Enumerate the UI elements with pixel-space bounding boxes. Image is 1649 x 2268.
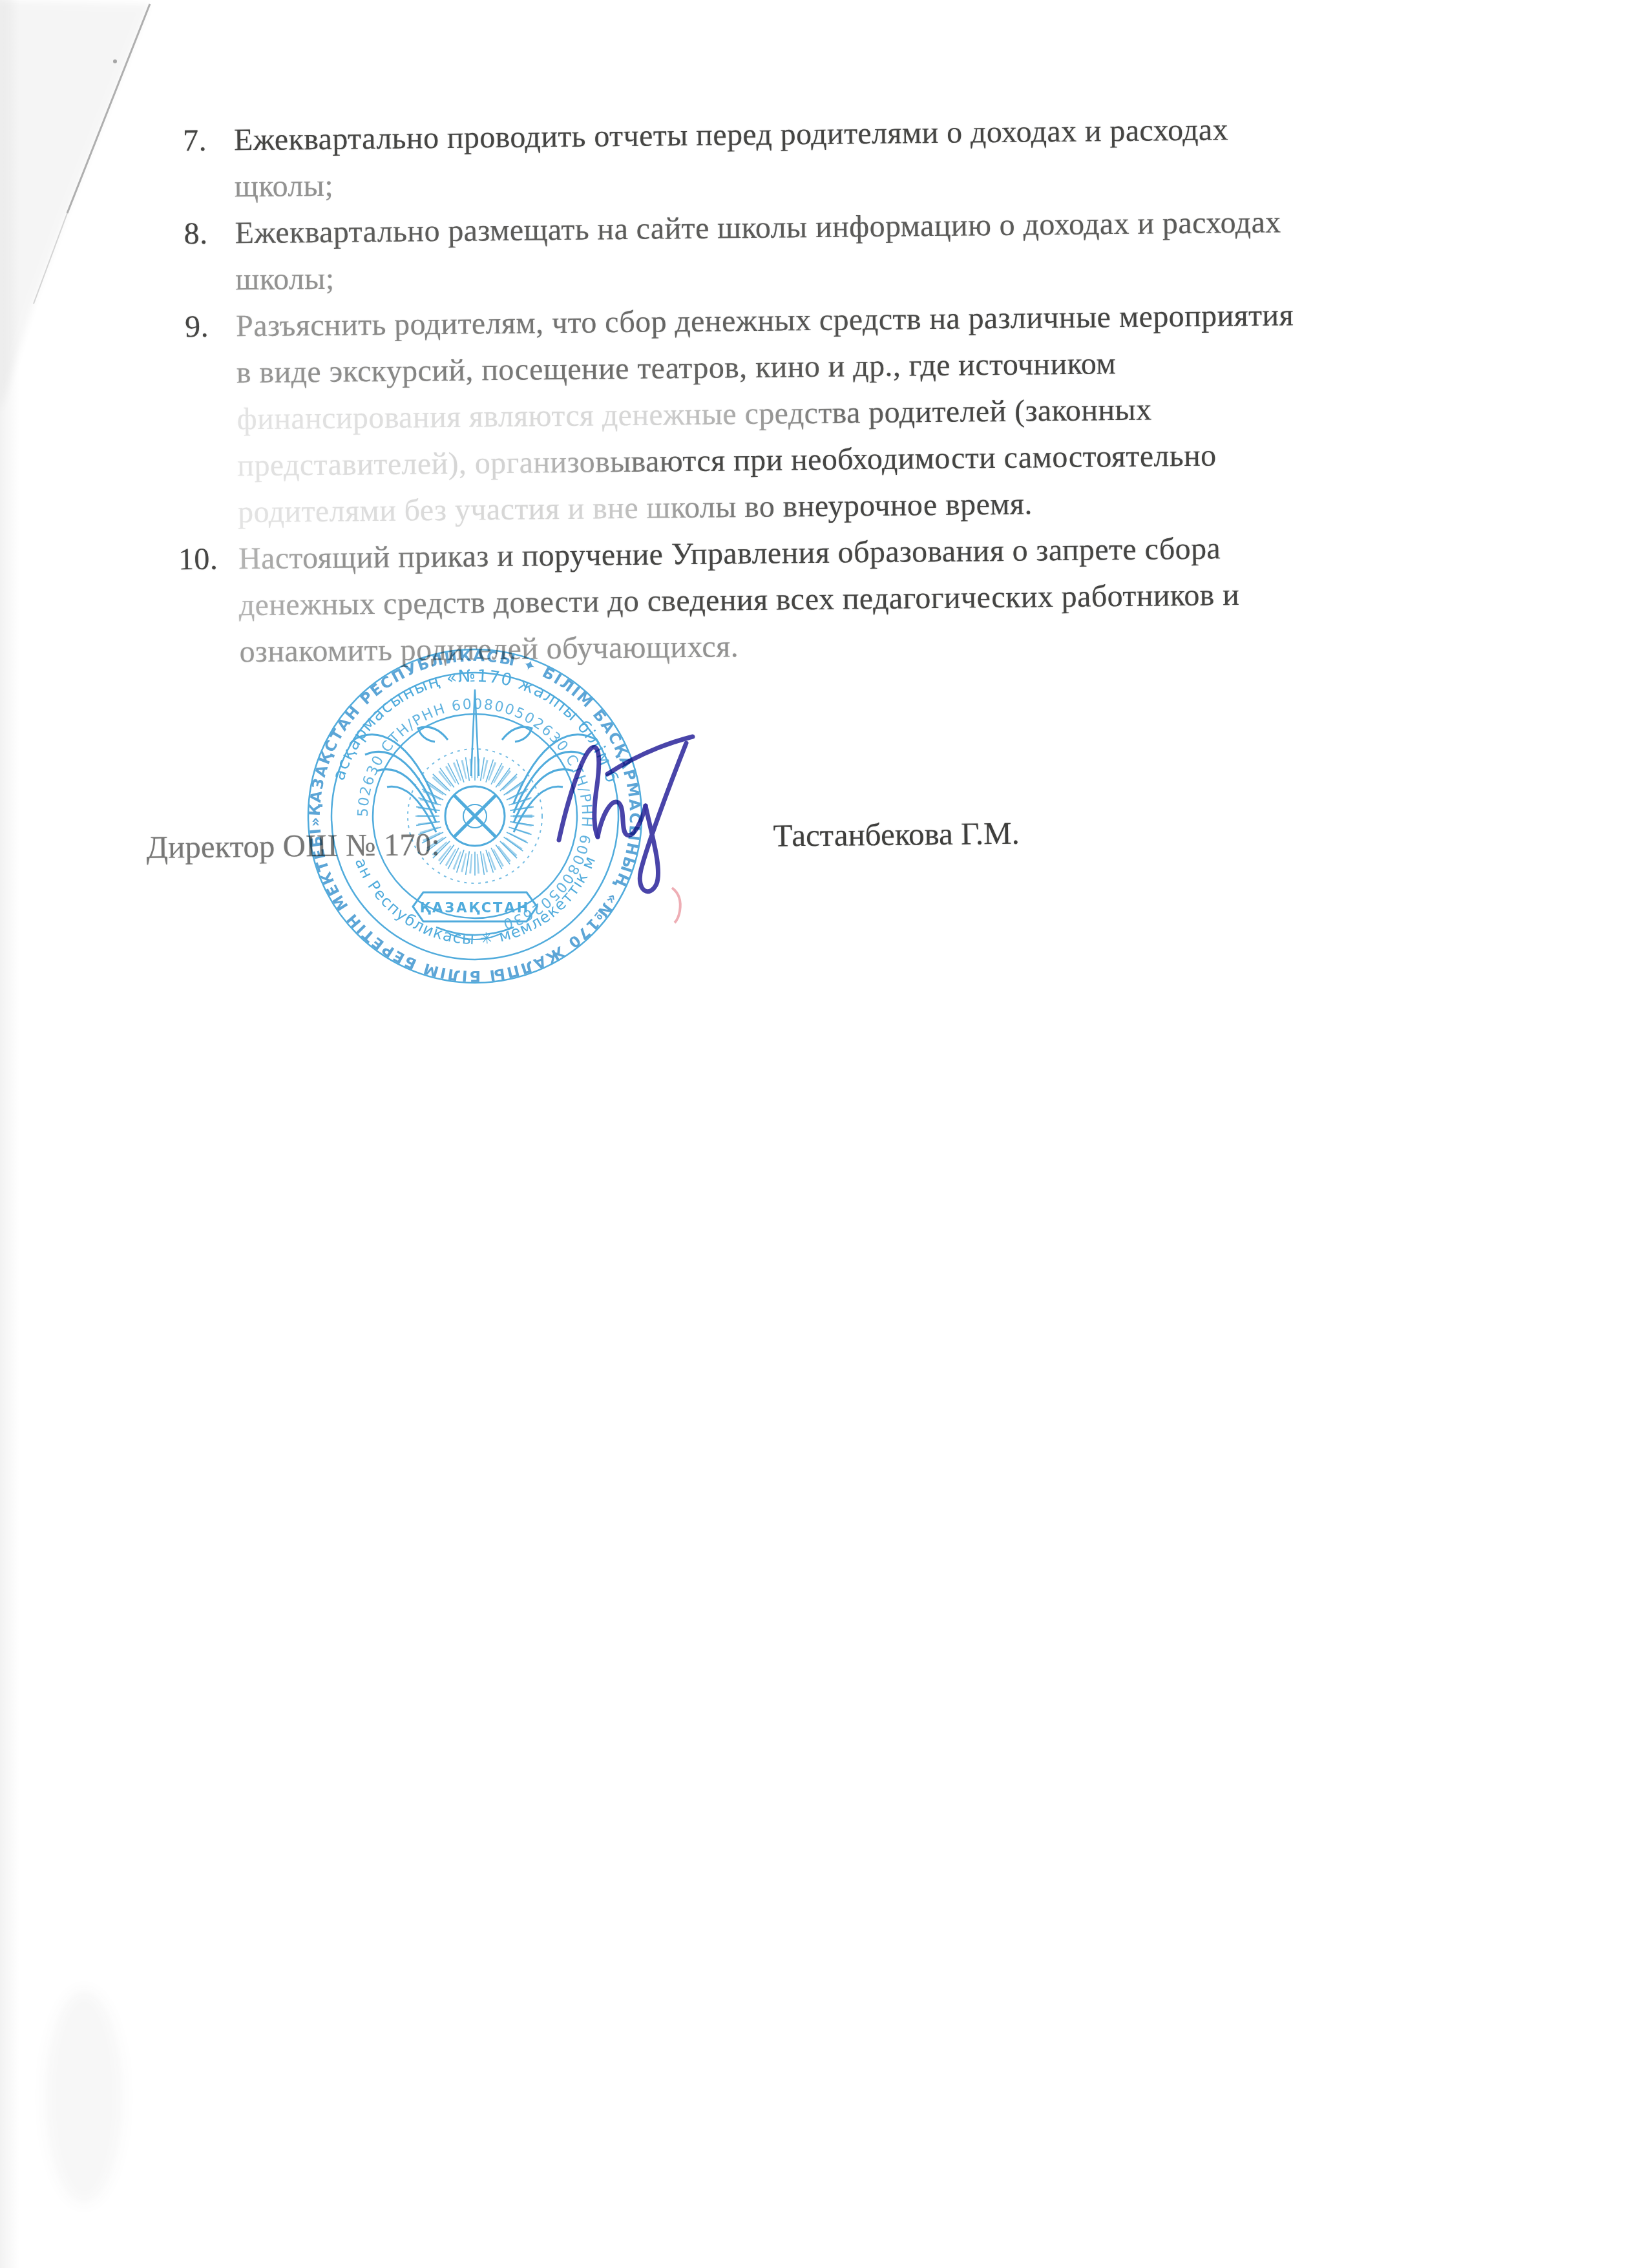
list-item-number: 7. bbox=[183, 118, 207, 164]
signature-row: Директор ОШ № 170: Тастанбекова Г.М. bbox=[7, 813, 1649, 882]
order-item-9: 9. Разъяснить родителям, что сбор денежн… bbox=[185, 289, 1615, 536]
order-item-8: 8. Ежеквартально размещать на сайте школ… bbox=[184, 196, 1612, 304]
list-item-number: 9. bbox=[185, 304, 209, 350]
list-item-number: 10. bbox=[178, 536, 218, 583]
scanned-page: 7. Ежеквартально проводить отчеты перед … bbox=[0, 0, 1649, 2268]
order-list: 7. Ежеквартально проводить отчеты перед … bbox=[183, 103, 1617, 676]
signature-stroke bbox=[598, 802, 646, 837]
document-content: 7. Ежеквартально проводить отчеты перед … bbox=[0, 0, 1649, 2268]
pink-scan-mark bbox=[666, 884, 704, 929]
signee-name: Тастанбекова Г.М. bbox=[773, 815, 1020, 854]
signature-stroke bbox=[559, 747, 599, 840]
order-item-7: 7. Ежеквартально проводить отчеты перед … bbox=[183, 103, 1612, 211]
pink-mark-stroke bbox=[672, 888, 680, 923]
signature-stroke bbox=[640, 743, 686, 892]
list-item-number: 8. bbox=[184, 211, 208, 257]
handwritten-signature bbox=[530, 711, 711, 905]
emblem-banner-label: ҚАЗАҚСТАН bbox=[420, 900, 530, 916]
